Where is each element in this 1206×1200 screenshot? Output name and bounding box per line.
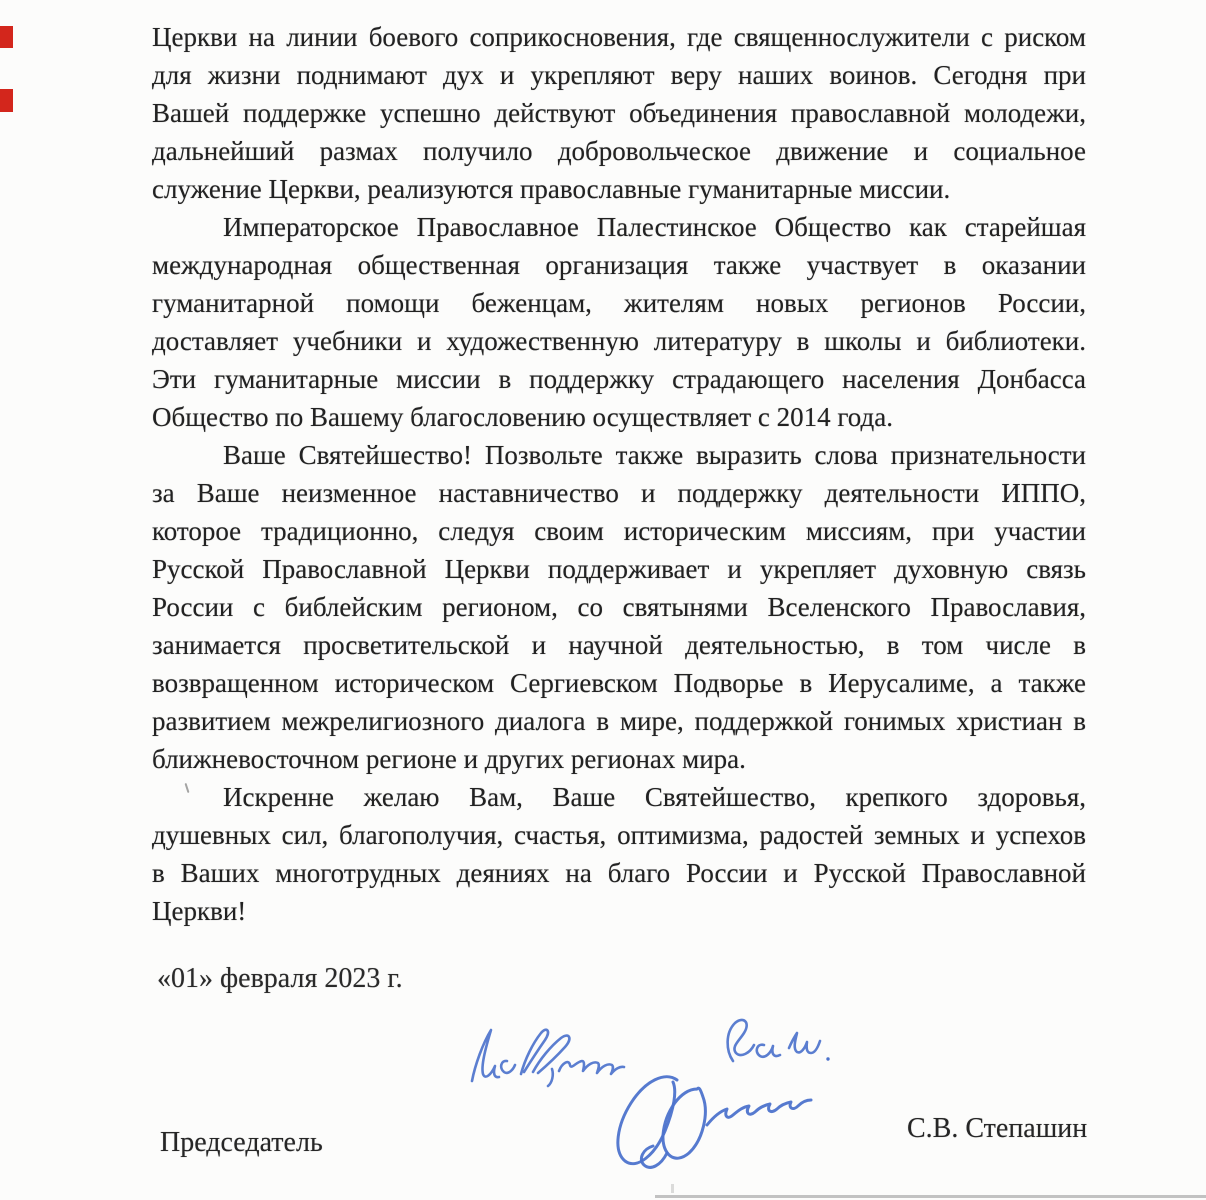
handwritten-ink [455, 1003, 885, 1200]
letter-line: Вашей поддержке успешно действуют объеди… [152, 94, 1086, 132]
letter-line: в Ваших многотрудных деяниях на благо Ро… [152, 854, 1086, 892]
letter-line: ближневосточном регионе и других региона… [152, 740, 1086, 778]
letter-line: дальнейший размах получило добровольческ… [152, 132, 1086, 170]
signer-title: Председатель [160, 1126, 323, 1160]
scanned-letter-page: Церкви на линии боевого соприкосновения,… [0, 0, 1206, 1200]
letter-line: Искренне желаю Вам, Ваше Святейшество, к… [152, 778, 1086, 816]
letter-line: для жизни поднимают дух и укрепляют веру… [152, 56, 1086, 94]
handwritten-closing-text [472, 1020, 830, 1086]
letter-line: доставляет учебники и художественную лит… [152, 322, 1086, 360]
letter-line: душевных сил, благополучия, счастья, опт… [152, 816, 1086, 854]
letter-line: Императорское Православное Палестинское … [152, 208, 1086, 246]
scan-edge-red-mark [0, 89, 13, 112]
scan-edge-red-mark [0, 26, 13, 48]
letter-line: занимается просветительской и научной де… [152, 626, 1086, 664]
letter-line: международная общественная организация т… [152, 246, 1086, 284]
letter-line: которое традиционно, следуя своим истори… [152, 512, 1086, 550]
letter-line: Эти гуманитарные миссии в поддержку стра… [152, 360, 1086, 398]
letter-line: Русской Православной Церкви поддерживает… [152, 550, 1086, 588]
letter-line: Церкви! [152, 892, 1086, 930]
letter-line: возвращенном историческом Сергиевском По… [152, 664, 1086, 702]
letter-line: гуманитарной помощи беженцам, жителям но… [152, 284, 1086, 322]
signer-name: С.В. Степашин [907, 1112, 1087, 1146]
letter-line: служение Церкви, реализуются православны… [152, 170, 1086, 208]
letter-line: Общество по Вашему благословению осущест… [152, 398, 1086, 436]
letter-line: России с библейским регионом, со святыня… [152, 588, 1086, 626]
letter-line: Ваше Святейшество! Позвольте также выраз… [152, 436, 1086, 474]
signature-autograph [618, 1077, 811, 1168]
date-line: «01» февраля 2023 г. [157, 962, 403, 996]
letter-line: за Ваше неизменное наставничество и подд… [152, 474, 1086, 512]
letter-body: Церкви на линии боевого соприкосновения,… [152, 18, 1086, 930]
letter-line: развитием межрелигиозного диалога в мире… [152, 702, 1086, 740]
letter-line: Церкви на линии боевого соприкосновения,… [152, 18, 1086, 56]
